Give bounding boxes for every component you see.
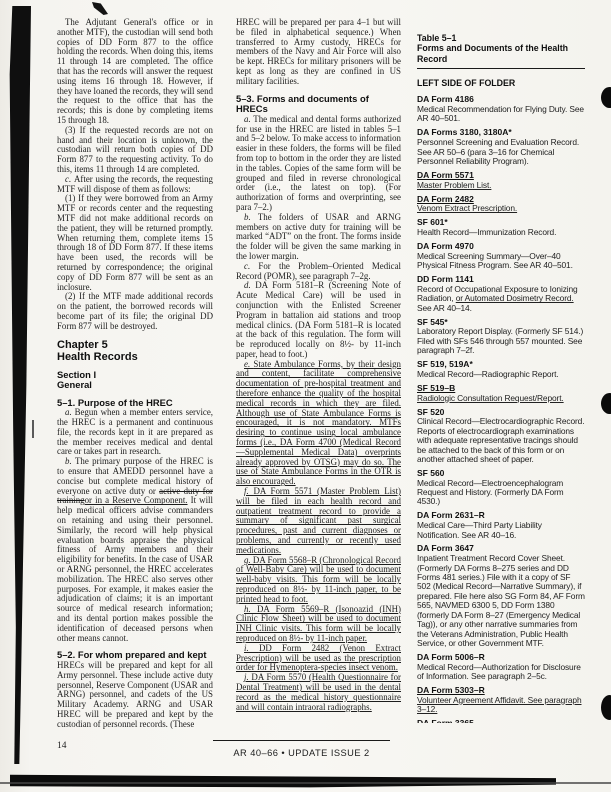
- paragraph: (2) If the MTF made additional records o…: [57, 292, 213, 331]
- text-segment: DA Form 5571 (Master Problem List) will …: [236, 486, 401, 555]
- paragraph: c. After using the records, the requesti…: [57, 175, 213, 195]
- text-segment: or in a Reserve Component.: [85, 495, 188, 505]
- text-segment: Medical Screening Summary—Over–40 Physic…: [417, 251, 573, 270]
- table-entry: DA Form 5571Master Problem List.: [417, 171, 585, 190]
- text-segment: or Automated Dosimetry Record.: [456, 293, 574, 303]
- text-segment: DA Form 5568–R (Chronological Record of …: [236, 555, 401, 604]
- paragraph: HRECs will be prepared and kept for all …: [57, 661, 213, 730]
- binding-hole-mark: [601, 87, 611, 108]
- text-segment: c.: [244, 261, 258, 271]
- table-entry: SF 545*Laboratory Report Display. (Forme…: [417, 318, 585, 356]
- text-segment: (3) If the requested records are not on …: [57, 125, 213, 174]
- table-title-rule: [417, 68, 585, 69]
- text-segment: (1) If they were borrowed from an Army M…: [57, 193, 213, 291]
- table-entry: DA Form 4970Medical Screening Summary—Ov…: [417, 242, 585, 271]
- document-page: The Adjutant General's office or in anot…: [0, 0, 611, 792]
- footer-rule: [213, 740, 390, 741]
- text-segment: State Ambulance Forms, by their design a…: [236, 359, 401, 487]
- text-segment: Inpatient Treatment Record Cover Sheet. …: [417, 553, 585, 648]
- text-segment: 5–3. Forms and documents of HRECs: [236, 93, 369, 115]
- text-segment: It will help medical officers advise com…: [57, 495, 213, 642]
- table-title-number: Table 5–1: [417, 33, 585, 43]
- text-segment: i.: [244, 643, 259, 653]
- text-segment: After using the records, the requesting …: [57, 174, 213, 194]
- text-segment: For the Problem–Oriented Medical Record …: [236, 261, 401, 281]
- text-segment: Venom Extract Prescription.: [417, 203, 517, 213]
- text-segment: HRECs will be prepared and kept for all …: [57, 660, 213, 729]
- text-segment: d.: [244, 280, 255, 290]
- form-description: Medical Record—Electroencephalogram Requ…: [417, 479, 585, 507]
- paragraph: b. The folders of USAR and ARNG members …: [236, 213, 401, 262]
- paragraph: The Adjutant General's office or in anot…: [57, 18, 213, 126]
- text-segment: g.: [244, 555, 253, 565]
- table-entry: SF 560Medical Record—Electroencephalogra…: [417, 469, 585, 507]
- text-segment: DA Form 5181–R (Screening Note of Acute …: [236, 280, 401, 359]
- form-description: Record of Occupational Exposure to Ioniz…: [417, 285, 585, 313]
- table-entry: SF 601*Health Record—Immunization Record…: [417, 218, 585, 237]
- text-segment: DD Form 2482 (Venon Extract Prescription…: [236, 643, 401, 673]
- form-description: Radiologic Consultation Request/Report.: [417, 394, 585, 403]
- table-entry: DD Form 1141Record of Occupational Expos…: [417, 275, 585, 313]
- paragraph: i. DD Form 2482 (Venon Extract Prescript…: [236, 644, 401, 673]
- heading: Health Records: [57, 351, 213, 363]
- text-segment: b.: [65, 456, 75, 466]
- form-description: Clinical Record—Electrocardiographic Rec…: [417, 417, 585, 464]
- text-segment: e.: [244, 359, 253, 369]
- scan-edge-artifact: [10, 771, 556, 788]
- table-entry: SF 519, 519A*Medical Record—Radiographic…: [417, 360, 585, 379]
- text-segment: Medical Record—Electroencephalogram Requ…: [417, 478, 564, 507]
- form-description: Volunteer Agreement Affidavit. See parag…: [417, 696, 585, 715]
- scan-edge-line: [0, 782, 611, 784]
- form-description: Master Problem List.: [417, 181, 585, 190]
- text-segment: DA Form 5570 (Health Questionnaire for D…: [236, 672, 401, 711]
- scan-mark: [92, 2, 108, 15]
- text-segment: a.: [65, 407, 75, 417]
- paragraph: j. DA Form 5570 (Health Questionnaire fo…: [236, 673, 401, 712]
- text-segment: Master Problem List.: [417, 180, 491, 190]
- binding-hole-mark: [601, 393, 611, 414]
- left-text-column: The Adjutant General's office or in anot…: [57, 18, 213, 738]
- text-segment: The Adjutant General's office or in anot…: [57, 18, 213, 125]
- footer-text: AR 40–66 • UPDATE ISSUE 2: [213, 748, 390, 759]
- text-segment: Chapter 5: [57, 339, 108, 351]
- paragraph: d. DA Form 5181–R (Screening Note of Acu…: [236, 281, 401, 359]
- table-section-header: LEFT SIDE OF FOLDER: [417, 78, 585, 88]
- text-segment: Volunteer Agreement Affidavit. See parag…: [417, 695, 582, 714]
- paragraph: g. DA Form 5568–R (Chronological Record …: [236, 556, 401, 605]
- text-segment: The medical and dental forms authorized …: [236, 114, 401, 212]
- form-name: DA Form 3365: [417, 719, 585, 723]
- text-segment: General: [57, 379, 92, 390]
- text-segment: Clinical Record—Electrocardiographic Rec…: [417, 416, 584, 464]
- table-entry: DA Form 3647Inpatient Treatment Record C…: [417, 544, 585, 648]
- form-description: Laboratory Report Display. (Formerly SF …: [417, 327, 585, 355]
- paragraph: (3) If the requested records are not on …: [57, 126, 213, 175]
- text-segment: Medical Record—Radiographic Report.: [417, 369, 559, 379]
- table-title-text: Forms and Documents of the Health Record: [417, 43, 585, 64]
- table-entry: DA Form 5303–RVolunteer Agreement Affida…: [417, 686, 585, 715]
- text-segment: a.: [244, 114, 253, 124]
- middle-text-column: HREC will be prepared per para 4–1 but w…: [236, 18, 401, 732]
- form-description: Medical Record—Authorization for Disclos…: [417, 663, 585, 682]
- text-segment: Medical Recommendation for Flying Duty. …: [417, 104, 584, 123]
- text-segment: Section I: [57, 369, 96, 380]
- text-segment: 5–1. Purpose of the HREC: [57, 397, 173, 408]
- text-segment: (2) If the MTF made additional records o…: [57, 291, 213, 330]
- scan-gutter-artifact: [9, 6, 31, 764]
- text-segment: HREC will be prepared per para 4–1 but w…: [236, 18, 401, 86]
- text-segment: Begun when a member enters service, the …: [57, 407, 213, 456]
- heading: General: [57, 380, 213, 391]
- paragraph: (1) If they were borrowed from an Army M…: [57, 194, 213, 292]
- table-entry: DA Forms 3180, 3180A*Personnel Screening…: [417, 128, 585, 166]
- page-number: 14: [57, 741, 67, 752]
- text-segment: c.: [65, 174, 74, 184]
- text-segment: 5–2. For whom prepared and kept: [57, 649, 207, 660]
- text-segment: See AR 40–14.: [417, 303, 472, 313]
- text-segment: Medical Care—Third Party Liability Notif…: [417, 520, 542, 539]
- paragraph: b. The primary purpose of the HREC is to…: [57, 457, 213, 643]
- table-entry: DA Form 5006–RMedical Record—Authorizati…: [417, 653, 585, 682]
- table-entry: DA Form 3365Authorization for Medical Wa…: [417, 719, 585, 723]
- table-body: LEFT SIDE OF FOLDERDA Form 4186Medical R…: [417, 78, 585, 723]
- paragraph: a. The medical and dental forms authoriz…: [236, 115, 401, 213]
- binding-hole-mark: [601, 695, 611, 720]
- text-segment: Medical Record—Authorization for Disclos…: [417, 662, 581, 681]
- form-description: Inpatient Treatment Record Cover Sheet. …: [417, 554, 585, 648]
- table-entry: DA Form 2482Venom Extract Prescription.: [417, 195, 585, 214]
- table-entry: SF 519–BRadiologic Consultation Request/…: [417, 384, 585, 403]
- paragraph: a. Begun when a member enters service, t…: [57, 408, 213, 457]
- text-segment: Health Records: [57, 351, 138, 363]
- paragraph: c. For the Problem–Oriented Medical Reco…: [236, 262, 401, 282]
- text-segment: DA Form 5569–R (Isonoazid (INH) Clinic F…: [236, 604, 401, 643]
- paragraph: f. DA Form 5571 (Master Problem List) wi…: [236, 487, 401, 556]
- text-segment: Health Record—Immunization Record.: [417, 227, 556, 237]
- form-description: Medical Care—Third Party Liability Notif…: [417, 521, 585, 540]
- table-entry: DA Form 4186Medical Recommendation for F…: [417, 95, 585, 124]
- form-description: Personnel Screening and Evaluation Recor…: [417, 138, 585, 166]
- text-segment: b.: [244, 212, 258, 222]
- paragraph: e. State Ambulance Forms, by their desig…: [236, 360, 401, 487]
- margin-change-bar: [32, 420, 34, 438]
- form-description: Medical Screening Summary—Over–40 Physic…: [417, 252, 585, 271]
- form-description: Venom Extract Prescription.: [417, 204, 585, 213]
- text-segment: Personnel Screening and Evaluation Recor…: [417, 137, 579, 166]
- heading: 5–3. Forms and documents of HRECs: [236, 94, 401, 115]
- text-segment: Radiologic Consultation Request/Report.: [417, 393, 564, 403]
- form-description: Medical Record—Radiographic Report.: [417, 370, 585, 379]
- table-entry: DA Form 2631–RMedical Care—Third Party L…: [417, 511, 585, 540]
- text-segment: h.: [244, 604, 257, 614]
- text-segment: The folders of USAR and ARNG members on …: [236, 212, 401, 261]
- table-entry: SF 520Clinical Record—Electrocardiograph…: [417, 408, 585, 465]
- form-description: Medical Recommendation for Flying Duty. …: [417, 105, 585, 124]
- form-description: Health Record—Immunization Record.: [417, 228, 585, 237]
- table-column: Table 5–1 Forms and Documents of the Hea…: [417, 33, 585, 723]
- text-segment: Laboratory Report Display. (Formerly SF …: [417, 326, 583, 355]
- paragraph: h. DA Form 5569–R (Isonoazid (INH) Clini…: [236, 605, 401, 644]
- heading: Chapter 5: [57, 339, 213, 351]
- paragraph: HREC will be prepared per para 4–1 but w…: [236, 18, 401, 87]
